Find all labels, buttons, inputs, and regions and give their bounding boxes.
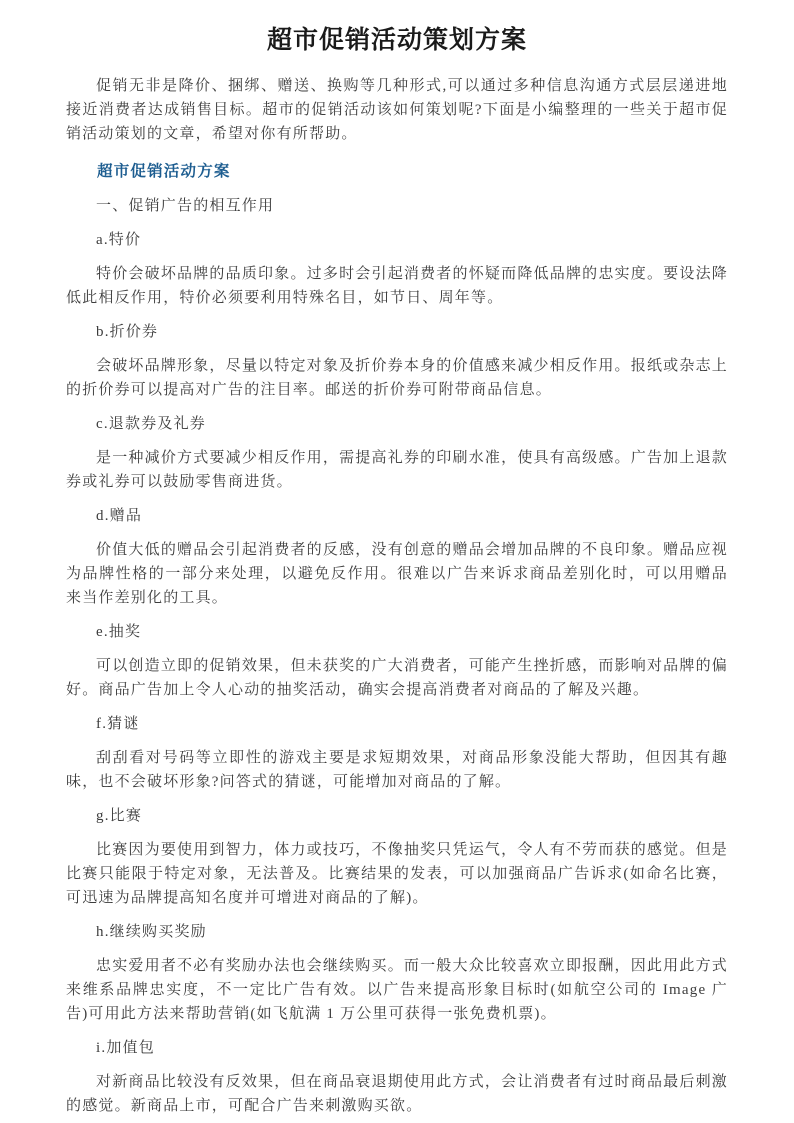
item-label: c.退款券及礼券 bbox=[66, 412, 728, 436]
item-block-h: h.继续购买奖励 忠实爱用者不必有奖励办法也会继续购买。而一般大众比较喜欢立即报… bbox=[66, 920, 728, 1026]
item-paragraph: 比赛因为要使用到智力，体力或技巧，不像抽奖只凭运气，令人有不劳而获的感觉。但是比… bbox=[66, 838, 728, 910]
page-title: 超市促销活动策划方案 bbox=[66, 22, 728, 58]
document-page: 超市促销活动策划方案 促销无非是降价、捆绑、赠送、换购等几种形式,可以通过多种信… bbox=[0, 0, 794, 1123]
item-block-c: c.退款券及礼券 是一种减价方式要减少相反作用，需提高礼券的印刷水准，使具有高级… bbox=[66, 412, 728, 494]
item-block-b: b.折价券 会破坏品牌形象，尽量以特定对象及折价券本身的价值感来减少相反作用。报… bbox=[66, 320, 728, 402]
item-paragraph: 会破坏品牌形象，尽量以特定对象及折价券本身的价值感来减少相反作用。报纸或杂志上的… bbox=[66, 354, 728, 402]
section-heading: 一、促销广告的相互作用 bbox=[66, 194, 728, 218]
item-block-g: g.比赛 比赛因为要使用到智力，体力或技巧，不像抽奖只凭运气，令人有不劳而获的感… bbox=[66, 804, 728, 910]
item-paragraph: 特价会破坏品牌的品质印象。过多时会引起消费者的怀疑而降低品牌的忠实度。要设法降低… bbox=[66, 262, 728, 310]
item-label: f.猜谜 bbox=[66, 712, 728, 736]
item-label: a.特价 bbox=[66, 228, 728, 252]
item-paragraph: 价值大低的赠品会引起消费者的反感，没有创意的赠品会增加品牌的不良印象。赠品应视为… bbox=[66, 538, 728, 610]
item-label: h.继续购买奖励 bbox=[66, 920, 728, 944]
document-subtitle: 超市促销活动方案 bbox=[66, 160, 728, 184]
item-paragraph: 是一种减价方式要减少相反作用，需提高礼券的印刷水准，使具有高级感。广告加上退款券… bbox=[66, 446, 728, 494]
item-block-a: a.特价 特价会破坏品牌的品质印象。过多时会引起消费者的怀疑而降低品牌的忠实度。… bbox=[66, 228, 728, 310]
item-block-i: i.加值包 对新商品比较没有反效果，但在商品衰退期使用此方式，会让消费者有过时商… bbox=[66, 1036, 728, 1118]
item-block-e: e.抽奖 可以创造立即的促销效果，但未获奖的广大消费者，可能产生挫折感，而影响对… bbox=[66, 620, 728, 702]
intro-paragraph: 促销无非是降价、捆绑、赠送、换购等几种形式,可以通过多种信息沟通方式层层递进地接… bbox=[66, 74, 728, 146]
item-label: d.赠品 bbox=[66, 504, 728, 528]
item-block-d: d.赠品 价值大低的赠品会引起消费者的反感，没有创意的赠品会增加品牌的不良印象。… bbox=[66, 504, 728, 610]
item-label: g.比赛 bbox=[66, 804, 728, 828]
item-label: b.折价券 bbox=[66, 320, 728, 344]
item-label: i.加值包 bbox=[66, 1036, 728, 1060]
item-label: e.抽奖 bbox=[66, 620, 728, 644]
item-paragraph: 对新商品比较没有反效果，但在商品衰退期使用此方式，会让消费者有过时商品最后刺激的… bbox=[66, 1070, 728, 1118]
item-paragraph: 忠实爱用者不必有奖励办法也会继续购买。而一般大众比较喜欢立即报酬，因此用此方式来… bbox=[66, 954, 728, 1026]
item-paragraph: 刮刮看对号码等立即性的游戏主要是求短期效果，对商品形象没能大帮助，但因其有趣味，… bbox=[66, 746, 728, 794]
item-block-f: f.猜谜 刮刮看对号码等立即性的游戏主要是求短期效果，对商品形象没能大帮助，但因… bbox=[66, 712, 728, 794]
item-paragraph: 可以创造立即的促销效果，但未获奖的广大消费者，可能产生挫折感，而影响对品牌的偏好… bbox=[66, 654, 728, 702]
